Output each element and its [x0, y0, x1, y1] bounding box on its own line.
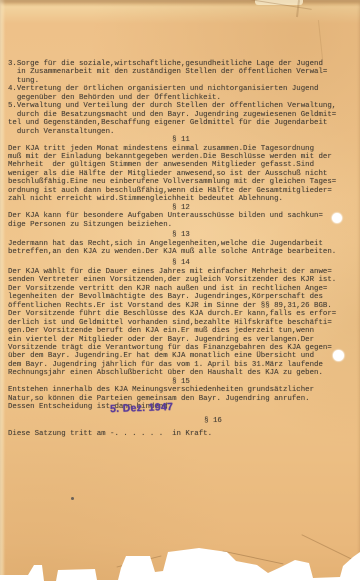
document-text-block: 3.Sorge für die soziale,wirtschaftliche,… — [8, 60, 354, 438]
section-14: § 14 Der KJA wählt für die Dauer eines J… — [8, 259, 354, 377]
paper-fold-top — [255, 0, 303, 5]
section-body: Der KJA kann für besondere Aufgaben Unte… — [8, 212, 354, 229]
dirt-speck — [71, 497, 74, 500]
section-heading: § 15 — [8, 378, 354, 386]
section-heading: § 12 — [8, 204, 354, 212]
closing-line: Diese Satzung tritt am -. . . . . . in K… — [8, 430, 354, 438]
crease-line-bottom-right — [301, 534, 360, 566]
crease-line-top — [250, 0, 311, 10]
section-body: Der KJA tritt jeden Monat mindestens ein… — [8, 145, 354, 204]
crease-line-bottom-left — [117, 555, 162, 567]
section-heading: § 14 — [8, 259, 354, 267]
section-15: § 15 Entstehen innerhalb des KJA Meinung… — [8, 378, 354, 412]
scanned-document: 3.Sorge für die soziale,wirtschaftliche,… — [0, 0, 360, 584]
date-stamp: 5. Dez. 1947 — [110, 401, 174, 415]
section-body: Entstehen innerhalb des KJA Meinungsvers… — [8, 386, 354, 411]
section-heading: § 13 — [8, 231, 354, 239]
punch-hole-top — [332, 213, 342, 223]
section-13: § 13 Jedermann hat das Recht,sich in Ang… — [8, 231, 354, 256]
crease-line-top-right — [296, 0, 300, 17]
numbered-items: 3.Sorge für die soziale,wirtschaftliche,… — [8, 60, 354, 136]
section-heading: § 11 — [8, 136, 354, 144]
section-heading: § 16 — [40, 417, 360, 425]
section-16: § 16 Diese Satzung tritt am -. . . . . .… — [8, 417, 354, 439]
section-11: § 11 Der KJA tritt jeden Monat mindesten… — [8, 136, 354, 204]
paper-sheet: 3.Sorge für die soziale,wirtschaftliche,… — [0, 0, 360, 584]
crease-line-bottom-center — [223, 551, 284, 565]
crease-line-right — [318, 20, 323, 60]
section-body: Jedermann hat das Recht,sich in Angelege… — [8, 240, 354, 257]
section-12: § 12 Der KJA kann für besondere Aufgaben… — [8, 204, 354, 229]
punch-hole-bottom — [333, 350, 344, 361]
section-body: Der KJA wählt für die Dauer eines Jahres… — [8, 268, 354, 378]
